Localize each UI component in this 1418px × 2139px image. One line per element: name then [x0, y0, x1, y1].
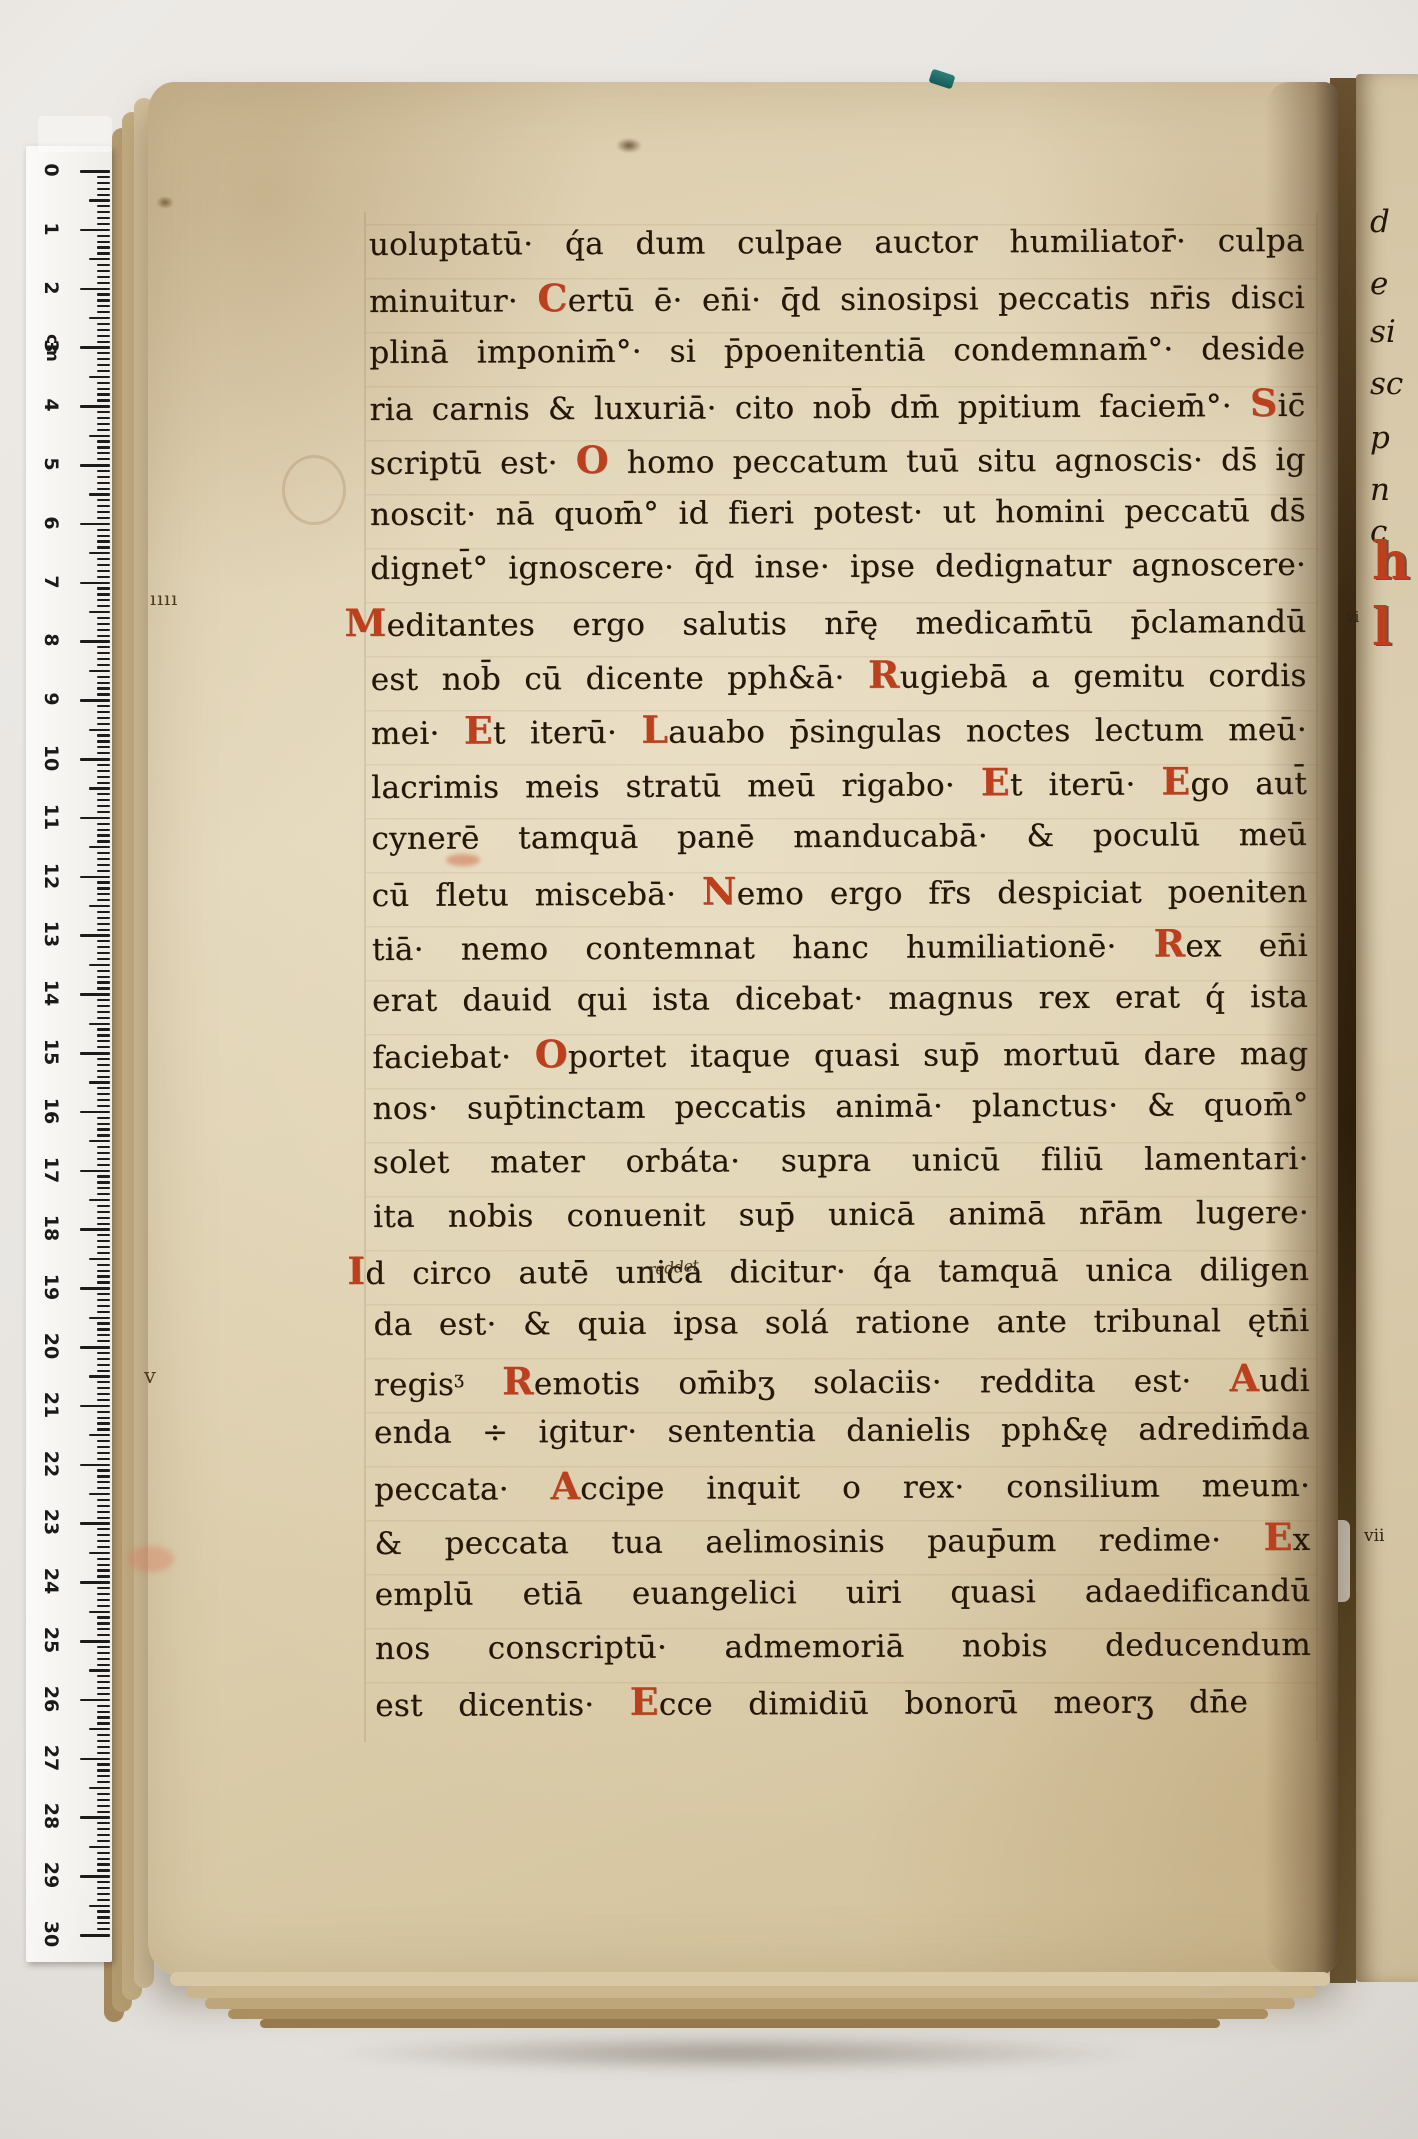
- ruler-tick: [97, 282, 110, 284]
- ruler-tick: [80, 170, 110, 173]
- ruler-tick: [97, 311, 110, 313]
- ruler-tick: [97, 1646, 110, 1648]
- ruler-tick: [97, 717, 110, 719]
- ruler-tick: [97, 1370, 110, 1372]
- ruler-number: 24: [40, 1568, 62, 1594]
- ruler-tick: [97, 505, 110, 507]
- ruler-tick: [97, 1928, 110, 1930]
- ruler-tick: [97, 1687, 110, 1689]
- ruler-tick: [97, 1064, 110, 1066]
- text-line: peccata·Accipeinquitorex·consiliummeum·: [374, 1456, 1310, 1514]
- text-line: tiā·nemocontemnathanchumiliationē·Rexen̄…: [372, 916, 1308, 974]
- ruler-tick: [97, 1146, 110, 1148]
- ruler-tick: [97, 576, 110, 578]
- ruler-tick: [97, 1328, 110, 1330]
- ruler-tick: [97, 1622, 110, 1624]
- page-edge: [170, 1972, 1330, 1986]
- ruler-tick: [97, 911, 110, 913]
- ruler-number: 19: [40, 1274, 62, 1300]
- ruler-tick: [97, 676, 110, 678]
- ruler-tick: [97, 858, 110, 860]
- ruler-tick: [97, 1446, 110, 1448]
- ruler-tick: [97, 1452, 110, 1454]
- ruler-tick: [97, 1599, 110, 1601]
- ruler-tick: [97, 1076, 110, 1078]
- ruler-tick: [97, 1211, 110, 1213]
- ruler-tick: [97, 411, 110, 413]
- ruler-tick: [80, 1346, 110, 1349]
- ruler-tick: [89, 1669, 110, 1671]
- ruler-tick: [97, 929, 110, 931]
- ruler-tick: [97, 1275, 110, 1277]
- ruler-tick: [97, 194, 110, 196]
- ruler-tick: [97, 999, 110, 1001]
- ruler-tick: [97, 811, 110, 813]
- ruler-tick: [97, 1205, 110, 1207]
- ruler-tick: [97, 1616, 110, 1618]
- ruler-tick: [80, 1405, 110, 1408]
- ruler-tick: [80, 1111, 110, 1114]
- ruler-tick: [97, 1411, 110, 1413]
- ruler-tick: [97, 1087, 110, 1089]
- ruler-tick: [97, 1652, 110, 1654]
- ruler-tick: [97, 1093, 110, 1095]
- text-line: eratdauidquiistadicebat·magnusrexeratq́i…: [372, 970, 1308, 1028]
- ruler-number: 17: [40, 1156, 62, 1182]
- ruler-tick: [97, 705, 110, 707]
- ruler-tick: [97, 364, 110, 366]
- ruler-tick: [97, 940, 110, 942]
- ruler-tick: [97, 341, 110, 343]
- ruler-tick: [97, 776, 110, 778]
- text-line: &peccatatuaaelimosinispaup̄umredime·Ex: [374, 1510, 1310, 1568]
- text-line: emplūetiāeuangeliciuiriquasiadaedificand…: [375, 1564, 1311, 1622]
- text-line: uoluptatū·q́adumculpaeauctorhumiliator̄·…: [369, 214, 1305, 272]
- ruler-tick: [97, 1916, 110, 1918]
- facing-page-letter: si: [1370, 314, 1396, 350]
- ruler-tick: [97, 1305, 110, 1307]
- ruler-tick: [89, 964, 110, 966]
- manuscript-photo: vi vii desiscpnchl uoluptatū·q́adumculpa…: [0, 0, 1418, 2139]
- ruler-tick: [97, 1828, 110, 1830]
- ruler-tick: [97, 1293, 110, 1295]
- ruler-number: 1: [40, 222, 62, 235]
- ruler-tick: [97, 217, 110, 219]
- ruler-tick: [97, 1252, 110, 1254]
- ruler-tick: [97, 1769, 110, 1771]
- ruler-tick: [97, 1058, 110, 1060]
- ruler-tick: [97, 1793, 110, 1795]
- tape-glare: [38, 116, 112, 152]
- ruler-tick: [97, 452, 110, 454]
- ruler-tick: [97, 1675, 110, 1677]
- ruler-tick: [97, 299, 110, 301]
- text-line: noscit·nāquom̄°idfieripotest·uthominipec…: [370, 484, 1306, 542]
- ruler-tick: [97, 764, 110, 766]
- ruler-tick: [97, 558, 110, 560]
- ruler-tick: [97, 1458, 110, 1460]
- ruler-tick: [97, 782, 110, 784]
- page-edge: [228, 2009, 1268, 2019]
- ruler-tick: [97, 276, 110, 278]
- ruler-tick: [80, 405, 110, 408]
- ruler-tick: [97, 440, 110, 442]
- ruler-tick: [97, 570, 110, 572]
- ruler-tick: [97, 1264, 110, 1266]
- ruler-tick: [97, 264, 110, 266]
- ruler-tick: [89, 611, 110, 613]
- ruler-tick: [97, 305, 110, 307]
- ruler-tick: [97, 1393, 110, 1395]
- ruler-tick: [97, 1922, 110, 1924]
- ruler-tick: [97, 1534, 110, 1536]
- text-line: riacarnis&luxuriā·citonob̄dm̄ppitiumfaci…: [369, 376, 1305, 434]
- ruler-tick: [97, 1863, 110, 1865]
- ruler-tick: [97, 1740, 110, 1742]
- ruler-tick: [97, 593, 110, 595]
- ruler-number: 2: [40, 281, 62, 294]
- ruler-tick: [97, 793, 110, 795]
- ruler-tick: [97, 1799, 110, 1801]
- ruler-tick: [97, 635, 110, 637]
- ruler-tick: [97, 1752, 110, 1754]
- ruler-tick: [97, 1893, 110, 1895]
- ruler-tick: [97, 1822, 110, 1824]
- ruler-tick: [97, 1005, 110, 1007]
- ruler-tick: [97, 205, 110, 207]
- ruler-tick: [97, 840, 110, 842]
- ruler-tick: [80, 1052, 110, 1055]
- ruler-tick: [97, 482, 110, 484]
- facing-page-initial: l: [1372, 602, 1392, 654]
- text-line: mei·Etiterū·Lauabop̄singulasnocteslectum…: [371, 700, 1307, 758]
- ruler-tick: [97, 1246, 110, 1248]
- ruler-tick: [97, 864, 110, 866]
- ruler-tick: [89, 1728, 110, 1730]
- ruler-tick: [97, 1540, 110, 1542]
- ruler-tick: [97, 235, 110, 237]
- ruler-tick: [97, 1734, 110, 1736]
- ruler-number: 5: [40, 457, 62, 470]
- ruler-tick: [97, 1175, 110, 1177]
- ruler-tick: [97, 1234, 110, 1236]
- text-line: minuitur·Certūē·en̄i·q̄dsinosipsipeccati…: [369, 268, 1305, 326]
- ruler-number: 8: [40, 634, 62, 647]
- ruler-tick: [97, 976, 110, 978]
- ruler-number: 28: [40, 1803, 62, 1829]
- ruler-tick: [97, 1128, 110, 1130]
- ruler-tick: [97, 829, 110, 831]
- text-line: Idcircoautēunicadicitur·q́atamquāunicadi…: [347, 1240, 1309, 1298]
- ruler-tick: [97, 1340, 110, 1342]
- text-line: daest·&quiaipsasolárationeantetribunalęt…: [373, 1294, 1309, 1352]
- ruler-tick: [97, 770, 110, 772]
- ruler-tick: [97, 1034, 110, 1036]
- ruler-tick: [97, 1716, 110, 1718]
- ruler-tick: [97, 923, 110, 925]
- ruler-tick: [80, 1287, 110, 1290]
- ruler-tick: [97, 1711, 110, 1713]
- ruler-tick: [97, 682, 110, 684]
- ruler-tick: [97, 823, 110, 825]
- ruler-tick: [97, 1469, 110, 1471]
- ruler-tick: [97, 646, 110, 648]
- text-line: cūfletumiscebā·Nemoergofr̄sdespiciatpoen…: [372, 862, 1308, 920]
- ruler-tick: [97, 423, 110, 425]
- ruler-tick: [97, 1887, 110, 1889]
- ruler-tick: [97, 211, 110, 213]
- ruler-tick: [89, 258, 110, 260]
- ruler-tick: [97, 970, 110, 972]
- ruler-tick: [97, 1834, 110, 1836]
- ruler-number: 14: [40, 980, 62, 1006]
- ruler-tick: [89, 1905, 110, 1907]
- ruler-tick: [97, 1587, 110, 1589]
- ruler-number: 10: [40, 745, 62, 771]
- ruler-tick: [97, 1181, 110, 1183]
- ruler-tick: [97, 852, 110, 854]
- ruler-number: 26: [40, 1686, 62, 1712]
- ruler-tick: [80, 817, 110, 820]
- ruler-tick: [97, 723, 110, 725]
- ruler-tick: [97, 1352, 110, 1354]
- ruler-number: 29: [40, 1862, 62, 1888]
- ruler-tick: [97, 1011, 110, 1013]
- ruler-tick: [97, 917, 110, 919]
- ruler-tick: [97, 629, 110, 631]
- ruler-tick: [80, 993, 110, 996]
- ruler-number: 15: [40, 1039, 62, 1065]
- ruler-number: 3: [40, 340, 62, 353]
- ruler-tick: [97, 893, 110, 895]
- text-block: uoluptatū·q́adumculpaeauctorhumiliator̄·…: [369, 214, 1312, 1730]
- ruler-tick: [97, 1364, 110, 1366]
- ruler-tick: [97, 370, 110, 372]
- ruler-tick: [97, 952, 110, 954]
- text-line: regisʒRemotisom̄ibʒsolaciis·redditaest·A…: [374, 1348, 1310, 1406]
- ruler-tick: [80, 582, 110, 585]
- ruler-tick: [97, 687, 110, 689]
- text-line: lacrimismeisstratūmeūrigabo·Etiterū·Egoa…: [371, 754, 1307, 812]
- ruler-tick: [89, 317, 110, 319]
- ruler-tick: [97, 599, 110, 601]
- ruler-tick: [97, 1070, 110, 1072]
- ruler-tick: [97, 1193, 110, 1195]
- ruler-tick: [97, 1134, 110, 1136]
- book-shadow: [140, 2026, 1330, 2080]
- quire-numeral-vii: vii: [1364, 1526, 1384, 1546]
- ruler-tick: [97, 693, 110, 695]
- ruler-tick: [97, 535, 110, 537]
- ruler-tick: [97, 1046, 110, 1048]
- ruler-tick: [80, 758, 110, 761]
- ruler-tick: [80, 640, 110, 643]
- ruler-tick: [97, 1805, 110, 1807]
- ruler-tick: [80, 1934, 110, 1937]
- ruler-tick: [97, 746, 110, 748]
- quire-numeral-v: v: [144, 1364, 156, 1388]
- ruler-tick: [97, 499, 110, 501]
- ruler-tick: [89, 552, 110, 554]
- ruler-tick: [89, 1375, 110, 1377]
- ruler-tick: [80, 1758, 110, 1761]
- ruler-tick: [97, 429, 110, 431]
- ruler-tick: [97, 241, 110, 243]
- ruler-tick: [80, 934, 110, 937]
- facing-page-letter: sc: [1370, 366, 1403, 402]
- ruler-tick: [97, 1440, 110, 1442]
- ruler-tick: [97, 1881, 110, 1883]
- ruler-tick: [97, 1387, 110, 1389]
- page-edge: [205, 1998, 1295, 2009]
- ruler-tick: [97, 805, 110, 807]
- ruler-tick: [97, 1528, 110, 1530]
- quire-numeral-vi: vi: [1346, 608, 1359, 626]
- ruler-tick: [97, 1910, 110, 1912]
- ruler-tick: [97, 711, 110, 713]
- page-edge: [186, 1986, 1316, 1998]
- ruler-tick: [97, 382, 110, 384]
- ruler-tick: [97, 664, 110, 666]
- ruler-tick: [97, 1358, 110, 1360]
- ruler-tick: [97, 417, 110, 419]
- ruler-tick: [97, 1399, 110, 1401]
- facing-page-letter: d: [1370, 204, 1390, 240]
- ruler-tick: [97, 1840, 110, 1842]
- ruler-number: 25: [40, 1627, 62, 1653]
- ruler-tick: [97, 458, 110, 460]
- ruler-tick: [97, 734, 110, 736]
- ruler-tick: [89, 1140, 110, 1142]
- ruler-tick: [97, 517, 110, 519]
- text-line: nos·sup̄tinctampeccatisanimā·planctus·&q…: [372, 1078, 1308, 1136]
- ruler-tick: [89, 787, 110, 789]
- ruler-tick: [80, 229, 110, 232]
- ruler-tick: [97, 270, 110, 272]
- ruler-tick: [80, 1170, 110, 1173]
- ruler-tick: [97, 1481, 110, 1483]
- text-line: scriptūest·Ohomopeccatumtuūsituagnoscis·…: [370, 430, 1306, 488]
- ruler-tick: [97, 1475, 110, 1477]
- text-line: cynerētamquāpanēmanducabā·&poculūmeū: [371, 808, 1307, 866]
- ruler-tick: [89, 1317, 110, 1319]
- ruler-tick: [89, 1258, 110, 1260]
- ruler-tick: [89, 1611, 110, 1613]
- ruler-tick: [89, 729, 110, 731]
- ruler-tick: [97, 1270, 110, 1272]
- ruler-tick: [97, 1123, 110, 1125]
- ruler-tick: [97, 887, 110, 889]
- ruler-tick: [97, 1381, 110, 1383]
- ruler-number: 22: [40, 1450, 62, 1476]
- ruler-tick: [97, 1658, 110, 1660]
- ruler-tick: [97, 1746, 110, 1748]
- ruler-tick: [97, 1505, 110, 1507]
- ruler-tick: [97, 1187, 110, 1189]
- ruler-tick: [89, 670, 110, 672]
- ruler-number: 6: [40, 516, 62, 529]
- ruler-tick: [97, 1722, 110, 1724]
- ruler-tick: [89, 1081, 110, 1083]
- text-line: Meditantesergosalutisnr̄ęmedicam̄tūp̄cla…: [344, 592, 1306, 650]
- ruler-tick: [97, 246, 110, 248]
- ruler-tick: [97, 476, 110, 478]
- ruler-tick: [97, 1781, 110, 1783]
- ruler-tick: [97, 1775, 110, 1777]
- ruler-tick: [97, 329, 110, 331]
- text-line: plināimponim̄°·sip̄poenitentiācondemnam̄…: [369, 322, 1305, 380]
- ruler-number: 11: [40, 804, 62, 830]
- ruler-tick: [97, 1517, 110, 1519]
- ruler-tick: [97, 1558, 110, 1560]
- ruler-number: 20: [40, 1333, 62, 1359]
- ruler-tick: [97, 293, 110, 295]
- ruler-tick: [89, 905, 110, 907]
- ruler-tick: [97, 1564, 110, 1566]
- ruler-tick: [97, 1664, 110, 1666]
- ruler-tick: [80, 699, 110, 702]
- facing-page-initial: h: [1372, 536, 1410, 588]
- ruler-number: 12: [40, 862, 62, 888]
- ruler-number: 30: [40, 1921, 62, 1947]
- ruler-tick: [80, 1816, 110, 1819]
- ruler-tick: [97, 488, 110, 490]
- ruler-tick: [97, 981, 110, 983]
- ruler-tick: [97, 393, 110, 395]
- facing-page-letter: e: [1370, 266, 1388, 302]
- ruler-tick: [97, 740, 110, 742]
- ruler-number: 4: [40, 399, 62, 412]
- ruler-number: 27: [40, 1744, 62, 1770]
- ruler-tick: [97, 1499, 110, 1501]
- ruler-tick: [97, 587, 110, 589]
- quire-numeral-iiii: ıııı: [150, 588, 178, 610]
- ruler-tick: [89, 199, 110, 201]
- ruler-tick: [97, 252, 110, 254]
- ruler-tick: [97, 870, 110, 872]
- ruler-tick: [97, 223, 110, 225]
- measuring-ruler: cm 0123456789101112131415161718192021222…: [26, 146, 112, 1962]
- ruler-tick: [97, 1028, 110, 1030]
- ruler-tick: [80, 523, 110, 526]
- ruler-tick: [80, 1228, 110, 1231]
- ruler-tick: [80, 876, 110, 879]
- ruler-tick: [97, 1569, 110, 1571]
- ruler-tick: [80, 1699, 110, 1702]
- ruler-tick: [97, 1311, 110, 1313]
- ruler-tick: [97, 1705, 110, 1707]
- ruler-tick: [97, 899, 110, 901]
- ruler-number: 13: [40, 921, 62, 947]
- ruler-tick: [97, 946, 110, 948]
- ruler-tick: [97, 1763, 110, 1765]
- ruler-tick: [97, 605, 110, 607]
- ruler-tick: [97, 1593, 110, 1595]
- text-line: estnob̄cūdicentepph&ā·Rugiebāagemitucord…: [371, 646, 1307, 704]
- ruler-tick: [80, 1581, 110, 1584]
- ruler-tick: [97, 352, 110, 354]
- ruler-tick: [97, 1858, 110, 1860]
- ruler-tick: [97, 323, 110, 325]
- ruler-number: 0: [40, 163, 62, 176]
- ruler-tick: [97, 1681, 110, 1683]
- ruler-tick: [97, 1634, 110, 1636]
- ruler-tick: [89, 1434, 110, 1436]
- facing-page-sliver: vi vii desiscpnchl: [1356, 74, 1418, 1982]
- ruler-tick: [97, 958, 110, 960]
- facing-page-letter: p: [1370, 420, 1390, 456]
- text-line: estdicentis·Eccedimidiūbonorūmeorʒdn̄e: [375, 1672, 1248, 1730]
